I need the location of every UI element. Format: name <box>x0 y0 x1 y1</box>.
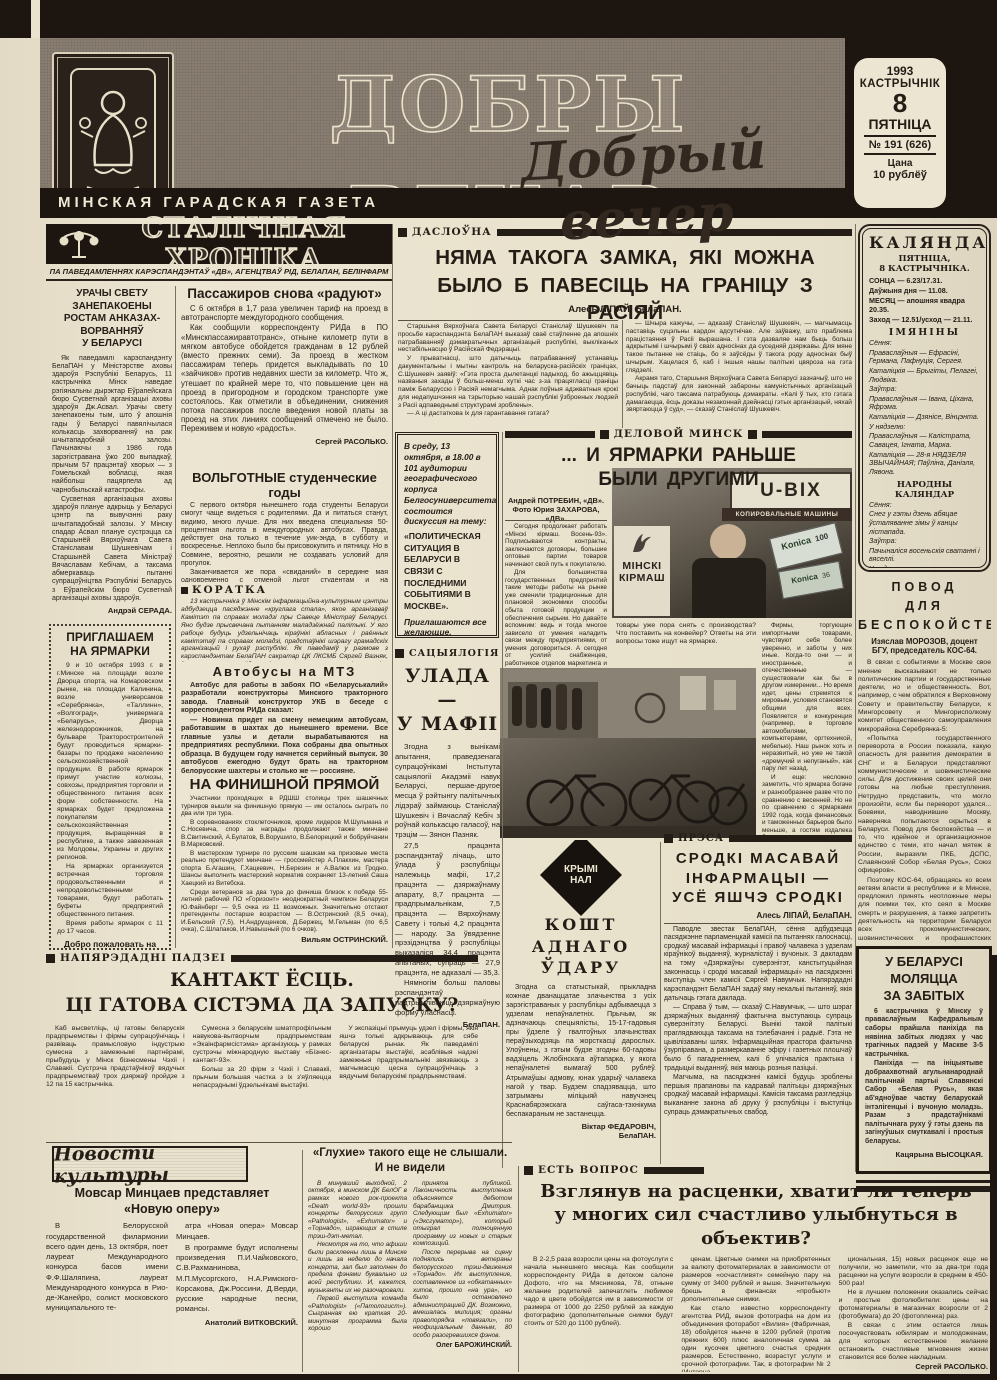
paragraph: 13 кастрычніка ў Мінскім інфармацыйна-ку… <box>181 598 388 662</box>
calendar-line: Праваслаўныя — Ефрасіні, Германа, Пафнуц… <box>869 349 980 366</box>
paragraph: Сусветная арганізацыя аховы здароўя план… <box>52 496 172 603</box>
article-vopros: ЕСТЬ ВОПРОС Взглянув на расценки, хватит… <box>524 1164 988 1372</box>
date-day: 8 <box>854 90 946 116</box>
kicker-bar <box>231 955 478 962</box>
kicker-bar <box>644 1167 704 1174</box>
yarmarki-byline: Андрей ПОТРЕБИН, «ДВ». Фото Юрия ЗАХАРОВ… <box>505 496 607 523</box>
mintsaev-col2: атра «Новая опера» Мовсар Минцаев.В прог… <box>176 1221 298 1315</box>
article-criminal-title: КОШТ АДНАГО ЎДАРУ <box>506 914 656 979</box>
film-brand-text: Konica <box>791 572 819 585</box>
film-brand-text: Konica <box>780 535 812 552</box>
paragraph: В связи с этим остается лишь посочувство… <box>839 1322 988 1360</box>
street-lamp-icon <box>54 227 104 261</box>
paragraph: Паніхіда — па ініцыятыве добраахвотнай а… <box>865 1060 983 1146</box>
article-buses: Автобусы на МТЗ Автобус для работы в заб… <box>181 664 388 774</box>
calendar-subtitle: ПЯТНІЦА, 8 КАСТРЫЧНІКА. <box>869 254 980 274</box>
criminal-diamond-label: КРЫМІ НАЛ <box>564 864 598 886</box>
kicker-square-icon <box>600 430 609 439</box>
paragraph: — Новинка придет на смену немецким автоб… <box>181 716 388 774</box>
paragraph: У прыватнасці, што датычыць патрабавання… <box>398 355 618 409</box>
paragraph: В минувший выходной, 2 октября, в минско… <box>308 1180 407 1240</box>
bicycles-scene <box>500 668 756 838</box>
vopros-col2: ценам. Цветные снимки на приобретенных з… <box>681 1256 830 1372</box>
prayers-title: У БЕЛАРУСІ МОЛЯЦЦА ЗА ЗАБІТЫХ <box>865 954 983 1005</box>
calendar-folk-title: НАРОДНЫ КАЛЯНДАР <box>869 480 980 500</box>
calendar-line: Каталіцкія — Дзянісе, Вінцэнта. <box>869 413 980 422</box>
calendar-line: Пачыналіся восеньскія сватанні і вяселлі… <box>869 547 980 564</box>
article-buses-title: Автобусы на МТЗ <box>181 664 388 679</box>
article-students-body: С первого октября нынешнего года студент… <box>181 502 388 582</box>
kicker-vopros: ЕСТЬ ВОПРОС <box>524 1164 704 1176</box>
paragraph: Акрамя таго, Старшыня Вярхоўнага Савета … <box>626 375 852 414</box>
date-box: 1993 КАСТРЫЧНІК 8 ПЯТНІЦА № 191 (626) Ца… <box>854 58 946 208</box>
script-subtitle: Добрый вечер <box>427 115 863 259</box>
kicker-sociology-label: САЦЫЯЛОГІЯ <box>409 648 499 659</box>
fairs-invite-title: ПРИГЛАШАЕМ НА ЯРМАРКИ <box>57 630 163 659</box>
discussion-announcement-box: В среду, 13 октября, в 18.00 в 101 аудит… <box>395 432 499 638</box>
calendar-astro: СОНЦА — 6.23/17.31.Даўжыня дня — 11.08.М… <box>869 276 980 324</box>
discussion-intro: В среду, 13 октября, в 18.00 в 101 аудит… <box>404 441 490 527</box>
article-passengers-byline: Сергей РАСОЛЬКО. <box>181 437 388 446</box>
column-rule <box>518 1166 519 1372</box>
article-finish-title: НА ФИНИШНОЙ ПРЯМОЙ <box>181 776 388 793</box>
paragraph: С первого октября нынешнего года студент… <box>181 502 388 568</box>
yarmarki-col2: Фирмы, торгующие импортными товарами, чу… <box>762 622 852 838</box>
calendar-line: Сёння: <box>869 339 980 348</box>
kicker-square-icon <box>664 834 673 843</box>
price-label: Цана <box>854 158 946 169</box>
article-concern-body: В связи с событиями в Москве свое мнение… <box>858 659 991 942</box>
issue-number: № 191 (626) <box>864 139 936 155</box>
article-finish-byline: Вильям ОСТРИНСКИЙ. <box>181 935 388 944</box>
prayers-byline: Кацярына ВЫСОЦКАЯ. <box>865 1150 983 1159</box>
paragraph: В мастерском турнире по русским шашкам н… <box>181 850 388 888</box>
column-rule <box>302 1150 303 1372</box>
paragraph: «Попытка государственного переворота в Р… <box>858 735 991 876</box>
paragraph: Первой выступила команда «Pathologist» (… <box>308 1295 407 1333</box>
calendar-line: Праваслаўныя — Калістрата, Савацея, Ігна… <box>869 432 980 449</box>
kicker-vopros-label: ЕСТЬ ВОПРОС <box>538 1164 639 1176</box>
calendar-line: У нядзелю: <box>869 565 980 568</box>
bicycles-photo <box>500 668 756 838</box>
fairs-invite-box: ПРИГЛАШАЕМ НА ЯРМАРКИ 9 и 10 октября 199… <box>49 624 171 950</box>
paragraph: В Белорусской государственной филармонии… <box>46 1221 168 1313</box>
paragraph: циональная, 15) новых расценок еще не по… <box>839 1256 988 1288</box>
calendar-folk: Сёння:Снег у гэты дзень абяцае ўсталяван… <box>869 501 980 568</box>
article-concern: ПОВОД ДЛЯ БЕСПОКОЙСТВА Изяслав МОРОЗОВ, … <box>858 578 991 942</box>
kicker-sociology: САЦЫЯЛОГІЯ <box>395 648 500 659</box>
paragraph: Сумесна з беларускім шматпрофільным наву… <box>193 1025 332 1065</box>
paragraph: Магчыма, на пасяджэнні камісіі будуць зр… <box>664 1074 852 1117</box>
daslouna-col1: Старшыня Вярхоўнага Савета Беларусі Стан… <box>398 320 618 431</box>
calendar-line: СОНЦА — 6.23/17.31. <box>869 276 980 285</box>
article-doctors-body: Як паведамілі карэспандэнту БелаПАН у Мі… <box>52 355 172 605</box>
paragraph: Как стало известно корреспонденту агентс… <box>681 1305 830 1372</box>
kicker-square-icon <box>395 649 404 658</box>
contact-col3: У экспазіцыі прымуць удзел і фірмы, якія… <box>339 1025 478 1129</box>
paragraph: Участники проходящих в РДШШ столицы трех… <box>181 795 388 818</box>
date-divider <box>864 135 936 137</box>
paragraph: Не в лучшем положении оказались сейчас и… <box>839 1289 988 1321</box>
paragraph: ценам. Цветные снимки на приобретенных з… <box>681 1256 830 1304</box>
newspaper-page: ДОБРЫ ВЕЧАР МІНСКАЯ ГАРАДСКАЯ ГАЗЕТА Доб… <box>0 0 997 1380</box>
paragraph: У экспазіцыі прымуць удзел і фірмы, якія… <box>339 1025 478 1081</box>
article-criminal: КРЫМІ НАЛ КОШТ АДНАГО ЎДАРУ Згодна са ст… <box>506 840 656 1170</box>
paragraph: Каб высветліць, ці гатовы беларускія пра… <box>46 1025 185 1089</box>
calendar-line: Заўтра: <box>869 537 980 546</box>
article-doctors-byline: Андрэй СЕРАДА. <box>52 606 172 615</box>
paragraph: — Шчыра кажучы, — адказаў Станіслаў Шушк… <box>626 320 852 374</box>
kicker-square-icon <box>398 228 407 237</box>
article-finish-body: Участники проходящих в РДШШ столицы трех… <box>181 795 388 933</box>
calendar-title: КАЛЯНДАР <box>869 233 980 252</box>
criminal-diamond-badge: КРЫМІ НАЛ <box>540 840 622 916</box>
kicker-square-icon <box>748 430 757 439</box>
article-press: ПРЭСА СРОДКІ МАСАВАЙ ІНФАРМАЦЫІ — УСЁ ЯШ… <box>664 833 852 1170</box>
paragraph: Сегодня продолжает работать «Мінскі кірм… <box>505 523 607 568</box>
discussion-invite: Приглашаются все желающие. <box>404 617 490 637</box>
kirmash-sign-text: МІНСКІ КІРМАШ <box>614 560 670 584</box>
article-passengers: Пассажиров снова «радуют» С 6 октября в … <box>181 286 388 468</box>
culture-banner: Новости культуры <box>52 1146 248 1182</box>
article-buses-body: Автобус для работы в забоях ПО «Беларусь… <box>181 681 388 774</box>
paragraph: В программе будут исполнены произведения… <box>176 1243 298 1315</box>
fairs-invite-closing: Добро пожаловать на ярмарки! <box>57 939 163 950</box>
article-students-title: ВОЛЬГОТНЫЕ студенческие годы <box>181 470 388 500</box>
calendar-line: Снег у гэты дзень абяцае ўсталяванне зім… <box>869 510 980 536</box>
paragraph: Больш за 20 фірм з Чэхіі і Славакіі, пры… <box>193 1066 332 1090</box>
article-vopros-byline: Сергей РАСОЛЬКО. <box>839 1362 988 1371</box>
paragraph: В связи с событиями в Москве свое мнение… <box>858 659 991 734</box>
right-edge-bar <box>990 955 997 1375</box>
column-rule <box>622 320 623 428</box>
paragraph: На ярмарках организуется встречная торго… <box>57 863 163 919</box>
article-passengers-body: С 6 октября в 1,7 раза увеличен тариф на… <box>181 304 388 435</box>
daslouna-byline: Алесь ЛІПАЙ, БелаПАН. <box>398 304 852 315</box>
coat-of-arms-figure-icon <box>67 65 159 205</box>
article-koratka-title: КОРАТКА <box>192 584 267 596</box>
article-criminal-byline: Віктар ФЕДАРОВІЧ, БелаПАН. <box>506 1122 656 1140</box>
paragraph: Время работы ярмарок с 11 до 17 часов. <box>57 920 163 936</box>
date-year: 1993 <box>854 64 946 78</box>
calendar-line: Каталіцкія — 28-я НЯДЗЕЛЯ ЗВЫЧАЙНАЯ; Паў… <box>869 451 980 477</box>
column-rule <box>502 432 503 1168</box>
kicker-press: ПРЭСА <box>664 833 852 844</box>
article-sociology-title: УЛАДА — У МАФІІ <box>395 665 500 736</box>
kicker-bar <box>762 431 852 438</box>
calendar-line: Даўжыня дня — 11.08. <box>869 286 980 295</box>
chronicle-banner: СТАЛІЧНАЯ ХРОНІКА <box>46 224 392 264</box>
paragraph: После перерыва на сцену поднялись ветера… <box>413 1249 512 1340</box>
vopros-col3: циональная, 15) новых расценок еще не по… <box>839 1256 988 1360</box>
date-weekday: ПЯТНІЦА <box>854 116 946 132</box>
paragraph: — А ці дастаткова іх для гарантавання гэ… <box>398 410 618 418</box>
paragraph: И еще: несложно заметить, что ярмарка бо… <box>762 774 852 838</box>
yarmarki-col1: Сегодня продолжает работать «Мінскі кірм… <box>505 520 607 667</box>
calendar-line: МЕСЯЦ — апошняя квадра 20.35. <box>869 296 980 314</box>
deaf-col1: В минувший выходной, 2 октября, в минско… <box>308 1180 407 1349</box>
calendar-line: Заўтра: <box>869 385 980 394</box>
calendar-box: КАЛЯНДАР ПЯТНІЦА, 8 КАСТРЫЧНІКА. СОНЦА —… <box>858 224 991 572</box>
paragraph: Поэтому КОС-64, обращаясь ко всем ветвям… <box>858 877 991 942</box>
paragraph: Старшыня Вярхоўнага Савета Беларусі Стан… <box>398 323 618 354</box>
price-value: 10 рублёў <box>854 169 946 181</box>
kicker-square-icon <box>524 1166 533 1175</box>
article-finish: НА ФИНИШНОЙ ПРЯМОЙ Участники проходящих … <box>181 776 388 948</box>
article-criminal-body: Згодна са статыстыкай, прыкладна кожнае … <box>506 983 656 1120</box>
column-rule <box>660 842 661 1164</box>
yarmarki-byline-author: Андрей ПОТРЕБИН, «ДВ». <box>505 496 607 505</box>
article-contact-title: КАНТАКТ ЁСЦЬ. ЦІ ГАТОВА СІСТЭМА ДА ЗАПУС… <box>46 969 478 1019</box>
kirmash-kiosk: МІНСКІ КІРМАШ <box>614 526 670 616</box>
calendar-line: Сёння: <box>869 501 980 510</box>
calendar-line: Каталіцкія — Брыгіты, Пелагеі, Людвіка. <box>869 367 980 384</box>
paragraph: В соревнованиях стоклеточников, кроме ли… <box>181 819 388 849</box>
article-koratka-body: 13 кастрычніка ў Мінскім інфармацыйна-ку… <box>181 598 388 662</box>
paragraph: Как сообщили корреспонденту РИДа в ПО «М… <box>181 323 388 433</box>
paragraph: атра «Новая опера» Мовсар Минцаев. <box>176 1221 298 1242</box>
photo-person-body <box>692 558 766 618</box>
kicker-press-label: ПРЭСА <box>678 833 724 844</box>
culture-banner-text: Новости культуры <box>54 1140 247 1187</box>
paragraph: В 2-2,5 раза возросли цены на фотоуслуги… <box>524 1256 673 1328</box>
photo-person-head <box>710 524 746 560</box>
paragraph: Среди ветеранов за два тура до финиша бл… <box>181 889 388 933</box>
kicker-bar <box>729 835 852 842</box>
paragraph: Згодна з вынікамі апытання, праведзенага… <box>395 742 500 840</box>
article-koratka: КОРАТКА 13 кастрычніка ў Мінскім інфарма… <box>181 584 388 662</box>
paragraph: Фирмы, торгующие импортными товарами, чу… <box>762 622 852 773</box>
deaf-col2: принята публикой. Лаконичность выступлен… <box>413 1180 512 1340</box>
paragraph: Паводле звестак БелаПАН, сёння адбудзецц… <box>664 926 852 1004</box>
article-press-body: Паводле звестак БелаПАН, сёння адбудзецц… <box>664 923 852 1119</box>
article-concern-title: ПОВОД ДЛЯ БЕСПОКОЙСТВА <box>858 578 991 634</box>
calendar-line: Заход — 12.51/усход — 21.11. <box>869 315 980 324</box>
ubix-sub-sign: КОПИРОВАЛЬНЫЕ МАШИНЫ <box>722 508 852 521</box>
article-doctors-title: УРАЧЫ СВЕТУ ЗАНЕПАКОЕНЫ РОСТАМ АНКАЗАХ- … <box>52 288 172 351</box>
calendar-names-title: ІМЯНІНЫ <box>869 327 980 338</box>
paragraph: Згодна са статыстыкай, прыкладна кожнае … <box>506 983 656 1119</box>
article-contact: НАПЯРЭДАДНІ ПАДЗЕІ КАНТАКТ ЁСЦЬ. ЦІ ГАТО… <box>46 952 478 1129</box>
paragraph: 6 кастрычніка ў Мінску ў праваслаўным Ка… <box>865 1008 983 1060</box>
kicker-delovoy-label: ДЕЛОВОЙ МИНСК <box>614 428 744 440</box>
article-mintsaev: Мовсар Минцаев представляет «Новую оперу… <box>46 1186 298 1372</box>
kicker-contact: НАПЯРЭДАДНІ ПАДЗЕІ <box>46 952 478 964</box>
paragraph: Автобус для работы в забоях ПО «Беларусь… <box>181 681 388 715</box>
article-students: ВОЛЬГОТНЫЕ студенческие годы С первого о… <box>181 470 388 582</box>
bottom-edge-bar <box>0 1374 997 1380</box>
prayers-box: У БЕЛАРУСІ МОЛЯЦЦА ЗА ЗАБІТЫХ 6 кастрычн… <box>856 946 992 1174</box>
article-press-title: СРОДКІ МАСАВАЙ ІНФАРМАЦЫІ — УСЁ ЯШЧЭ СРО… <box>664 849 852 908</box>
column-rule <box>392 224 393 948</box>
article-deaf-title: «Глухие» такого еще не слышали. И не вид… <box>308 1146 512 1176</box>
calendar-line: У нядзелю: <box>869 423 980 432</box>
paragraph: С 6 октября в 1,7 раза увеличен тариф на… <box>181 304 388 322</box>
contact-col2: Сумесна з беларускім шматпрофільным наву… <box>193 1025 332 1129</box>
calendar-names: Сёння:Праваслаўныя — Ефрасіні, Германа, … <box>869 339 980 477</box>
discussion-theme: «ПОЛИТИЧЕСКАЯ СИТУАЦИЯ В БЕЛАРУСИ В СВЯЗ… <box>404 531 490 612</box>
chronicle-source-line: ПА ПАВЕДАМЛЕННЯХ КАРЭСПАНДЭНТАЎ «ДВ», АГ… <box>46 267 392 281</box>
kicker-bar <box>505 431 595 438</box>
daslouna-col2: — Шчыра кажучы, — адказаў Станіслаў Шушк… <box>626 320 852 428</box>
chronicle-banner-title: СТАЛІЧНАЯ ХРОНІКА <box>104 213 384 275</box>
article-press-byline: Алесь ЛІПАЙ, БелаПАН. <box>664 911 852 920</box>
article-mintsaev-title: Мовсар Минцаев представляет «Новую оперу… <box>46 1186 298 1217</box>
article-concern-byline: Изяслав МОРОЗОВ, доцент БГУ, председател… <box>858 637 991 655</box>
article-doctors: УРАЧЫ СВЕТУ ЗАНЕПАКОЕНЫ РОСТАМ АНКАЗАХ- … <box>52 288 172 620</box>
calendar-line: Праваслаўныя — Івана, Ціхана, Яфрэма. <box>869 395 980 412</box>
mintsaev-col1: В Белорусской государственной филармонии… <box>46 1221 168 1326</box>
paragraph: Для большинства государственных предприя… <box>505 569 607 667</box>
article-vopros-title: Взглянув на расценки, хватит ли теперь у… <box>524 1180 988 1250</box>
paragraph: 9 и 10 октября 1993 г. в г.Минске на пло… <box>57 662 163 862</box>
prayers-body: 6 кастрычніка ў Мінску ў праваслаўным Ка… <box>865 1008 983 1148</box>
article-deaf: «Глухие» такого еще не слышали. И не вид… <box>308 1146 512 1372</box>
yarmarki-mid: товары уже пора снять с производства? Чт… <box>616 622 756 666</box>
fairs-invite-body: 9 и 10 октября 1993 г. в г.Минске на пло… <box>57 662 163 938</box>
top-edge-notch <box>31 0 40 38</box>
bullet-square-icon <box>181 587 188 594</box>
yarmarki-headline: ... И ЯРМАРКИ РАНЬШЕ БЫЛИ ДРУГИМИ <box>505 444 852 492</box>
film-speed-text: 100 <box>814 531 829 543</box>
article-mintsaev-byline: Анатолий ВИТКОВСКИЙ. <box>176 1318 298 1327</box>
kicker-square-icon <box>46 954 55 963</box>
paragraph: Несмотря на то, что афиши были расклеены… <box>308 1241 407 1294</box>
kicker-contact-label: НАПЯРЭДАДНІ ПАДЗЕІ <box>60 952 226 964</box>
article-deaf-byline: Олег БАРОЖИНСКИЙ. <box>413 1342 512 1349</box>
paragraph: Заканчивается же пора «свиданий» в серед… <box>181 569 388 582</box>
paragraph: принята публикой. Лаконичность выступлен… <box>413 1180 512 1248</box>
article-passengers-title: Пассажиров снова «радуют» <box>181 286 388 301</box>
film-count-text: 36 <box>822 572 831 580</box>
kirmash-logo-icon <box>627 528 657 558</box>
kicker-delovoy-minsk: ДЕЛОВОЙ МИНСК <box>505 428 852 440</box>
contact-col1: Каб высветліць, ці гатовы беларускія пра… <box>46 1025 185 1129</box>
paragraph: Як паведамілі карэспандэнту БелаПАН у Мі… <box>52 355 172 495</box>
vopros-col1: В 2-2,5 раза возросли цены на фотоуслуги… <box>524 1256 673 1372</box>
paragraph: — Справа ў тым, — сказаў С.Навумчык, — ш… <box>664 1004 852 1073</box>
column-rule <box>175 286 176 948</box>
